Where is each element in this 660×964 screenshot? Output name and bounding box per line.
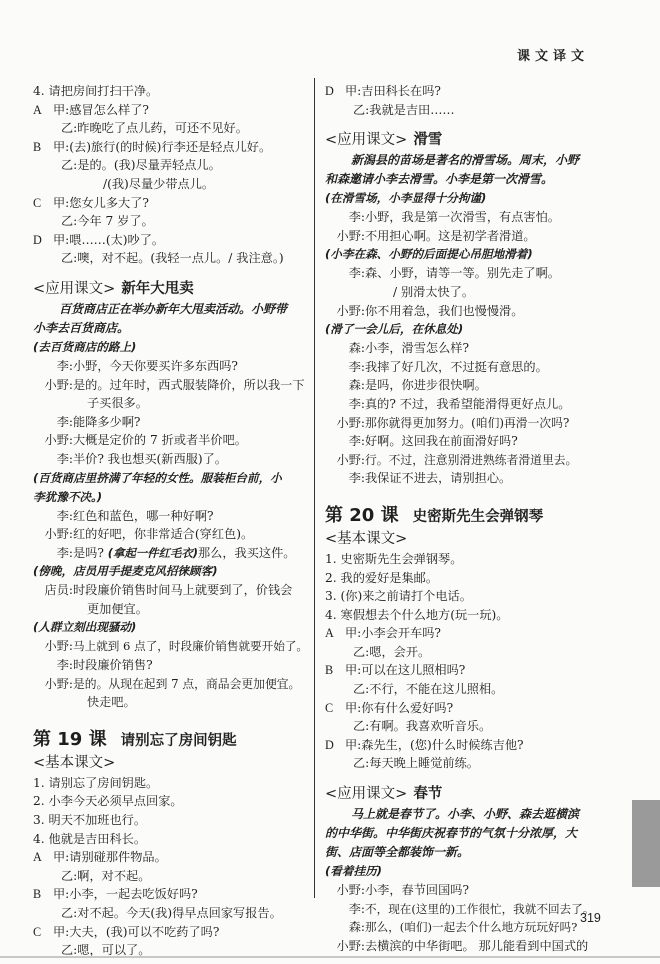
dialogue-line: 那么，我买这件。 bbox=[198, 546, 296, 560]
sentence-item: 2. 小李今天必须早点回家。 bbox=[33, 792, 307, 811]
dialogue-line: 能降多少啊? bbox=[73, 413, 140, 432]
speaker-label: 小野: bbox=[325, 937, 365, 956]
dialogue-line: 行。不过，注意别滑进熟练者滑道里去。 bbox=[365, 451, 577, 470]
dialogue-line: 你不用着急，我们也慢慢滑。 bbox=[365, 302, 523, 321]
dialogue-line: 甲:喂……(太)吵了。 bbox=[53, 233, 164, 247]
dialogue-line: 乙:每天晚上睡觉前练。 bbox=[325, 754, 615, 773]
speaker-label: 小野: bbox=[33, 376, 73, 395]
exercise-letter: C bbox=[325, 699, 345, 718]
dialogue-line: 甲:请别碰那件物品。 bbox=[53, 850, 167, 864]
dialogue-line: 是吗，你进步很快啊。 bbox=[365, 376, 487, 395]
dialogue-line: 甲:(去)旅行(的时候)行李还是轻点儿好。 bbox=[53, 140, 271, 154]
speaker-label: 李: bbox=[325, 432, 365, 451]
sentence-item: 3. (你)来之前请打个电话。 bbox=[325, 587, 615, 606]
dialogue-line: 那你就得更加努力。(咱们)再滑一次吗? bbox=[365, 414, 569, 433]
dialogue-line: 不用担心啊。这是初学者滑道。 bbox=[365, 227, 536, 246]
dialogue-line: 乙:是的。(我)尽量弄轻点儿。 bbox=[33, 156, 307, 175]
dialogue-line: 时段廉价销售? bbox=[73, 656, 153, 675]
lesson-heading: 第 20 课史密斯先生会弹钢琴 bbox=[325, 504, 615, 529]
speaker-label: 森: bbox=[325, 339, 365, 358]
dialogue-line: 是的。过年时，西式服装降价，所以我一下 bbox=[73, 376, 305, 395]
basic-text-heading: <基本课文> bbox=[33, 753, 307, 774]
dialogue-line: 乙:嗯，会开。 bbox=[325, 643, 615, 662]
speaker-label: 李: bbox=[325, 900, 365, 919]
page-edge bbox=[0, 956, 660, 958]
basic-text-heading: <基本课文> bbox=[325, 529, 615, 550]
dialogue-continuation: 更加便宜。 bbox=[33, 600, 307, 619]
page-number: 319 bbox=[580, 911, 601, 925]
dialogue-line: 小李，滑雪怎么样? bbox=[365, 339, 469, 358]
stage-direction: (百货商店里挤满了年轻的女性。服装柜台前，小 李犹豫不决。) bbox=[33, 469, 307, 507]
exercise-letter: B bbox=[325, 661, 345, 680]
dialogue-line: 红色和蓝色，哪一种好啊? bbox=[73, 507, 214, 526]
speaker-label: 李: bbox=[33, 450, 73, 469]
speaker-label: 小野: bbox=[325, 227, 365, 246]
dialogue-line: 半价? 我也想买(新西服)了。 bbox=[73, 450, 227, 469]
stage-direction: (去百货商店的路上) bbox=[33, 338, 307, 357]
lesson-title: 史密斯先生会弹钢琴 bbox=[413, 509, 544, 525]
speaker-label: 小野: bbox=[325, 881, 365, 900]
dialogue-line: 时段廉价销售时间马上就要到了，价钱会 bbox=[73, 581, 292, 600]
dialogue-line: 是的。从现在起到 7 点，商品会更加便宜。 bbox=[73, 675, 300, 694]
left-column: 4. 请把房间打扫干净。 A甲:感冒怎么样了? 乙:昨晚吃了点儿药，可还不见好。… bbox=[33, 82, 307, 960]
dialogue-line: 小野，我是第一次滑雪，有点害怕。 bbox=[365, 208, 560, 227]
dialogue-line: 好啊。这回我在前面滑好吗? bbox=[365, 432, 518, 451]
sentence-item: 4. 他就是吉田科长。 bbox=[33, 830, 307, 849]
exercise-letter: D bbox=[33, 231, 53, 250]
dialogue-line: 不，现在(这里的)工作很忙，我就不回去了。 bbox=[365, 900, 594, 919]
dialogue-line: 甲:森先生，(您)什么时候练吉他? bbox=[345, 738, 524, 752]
dialogue-line: 乙:啊，对不起。 bbox=[33, 867, 307, 886]
dialogue-line: 我保证不进去，请别担心。 bbox=[365, 469, 511, 488]
section-intro: 新潟县的苗场是著名的滑雪场。周末，小野 和森邀请小李去滑雪。小李是第一次滑雪。 bbox=[325, 151, 615, 189]
sentence-item: 4. 请把房间打扫干净。 bbox=[33, 82, 307, 101]
section-heading: <应用课文>春节 bbox=[325, 783, 615, 805]
speaker-label: 李: bbox=[33, 656, 73, 675]
speaker-label: 李: bbox=[325, 358, 365, 377]
dialogue-continuation: 快走吧。 bbox=[33, 693, 307, 712]
lesson-title: 请别忘了房间钥匙 bbox=[121, 733, 237, 749]
speaker-label: 店员: bbox=[33, 581, 73, 600]
exercise-letter: B bbox=[33, 138, 53, 157]
speaker-label: 小野: bbox=[33, 431, 73, 450]
dialogue-line: 甲:您女儿多大了? bbox=[53, 196, 149, 210]
dialogue-line: 乙:有啊。我喜欢听音乐。 bbox=[325, 717, 615, 736]
exercise-letter: B bbox=[33, 885, 53, 904]
speaker-label: 李: bbox=[325, 469, 365, 488]
dialogue-line: 乙:噢，对不起。(我轻一点儿。/ 我注意。) bbox=[33, 249, 307, 268]
dialogue-line: 乙:今年 7 岁了。 bbox=[33, 212, 307, 231]
speaker-label: 小野: bbox=[33, 525, 73, 544]
stage-direction: (在滑雪场，小李显得十分拘谨) bbox=[325, 189, 615, 208]
speaker-label: 李: bbox=[33, 413, 73, 432]
stage-direction: (小李在森、小野的后面提心吊胆地滑着) bbox=[325, 245, 615, 264]
dialogue-line: 甲:小李，一起去吃饭好吗? bbox=[53, 887, 198, 901]
sentence-item: 1. 史密斯先生会弹钢琴。 bbox=[325, 550, 615, 569]
speaker-label: 小野: bbox=[325, 414, 365, 433]
dialogue-line: 甲:你有什么爱好吗? bbox=[345, 701, 453, 715]
dialogue-line: 甲:可以在这儿照相吗? bbox=[345, 663, 465, 677]
dialogue-line: 是吗? bbox=[73, 546, 108, 560]
exercise-letter: A bbox=[325, 624, 345, 643]
dialogue-line: 小野，今天你要买许多东西吗? bbox=[73, 357, 238, 376]
speaker-label: 李: bbox=[325, 208, 365, 227]
exercise-letter: A bbox=[33, 848, 53, 867]
dialogue-line: 去横滨的中华街吧。 那儿能看到中国式的 bbox=[365, 937, 588, 956]
speaker-label: 小野: bbox=[33, 675, 73, 694]
speaker-label: 森: bbox=[325, 376, 365, 395]
dialogue-line: 真的? 不过，我希望能滑得更好点儿。 bbox=[365, 395, 570, 414]
stage-direction: (傍晚，店员用手提麦克风招徕顾客) bbox=[33, 562, 307, 581]
stage-direction: (滑了一会儿后，在休息处) bbox=[325, 320, 615, 339]
dialogue-line: 甲:吉田科长在吗? bbox=[345, 84, 441, 98]
dialogue-line: 那么，(咱们)一起去个什么地方玩玩好吗? bbox=[365, 918, 577, 937]
dialogue-line: 马上就到 6 点了，时段廉价销售就要开始了。 bbox=[73, 637, 308, 656]
dialogue-line: 甲:大夫，(我)可以不吃药了吗? bbox=[53, 925, 219, 939]
exercise-letter: A bbox=[33, 101, 53, 120]
column-divider bbox=[314, 78, 315, 898]
stage-direction: (看着挂历) bbox=[325, 862, 615, 881]
sentence-item: 3. 明天不加班也行。 bbox=[33, 811, 307, 830]
exercise-letter: C bbox=[33, 194, 53, 213]
lesson-heading: 第 19 课请别忘了房间钥匙 bbox=[33, 728, 307, 753]
dialogue-line: 乙:对不起。今天(我)得早点回家写报告。 bbox=[33, 904, 307, 923]
section-heading: <应用课文>新年大甩卖 bbox=[33, 278, 307, 300]
exercise-letter: D bbox=[325, 82, 345, 101]
dialogue-continuation: 子买很多。 bbox=[33, 394, 307, 413]
lesson-number: 第 20 课 bbox=[325, 505, 399, 526]
sentence-item: 1. 请别忘了房间钥匙。 bbox=[33, 774, 307, 793]
section-intro: 马上就是春节了。小李、小野、森去逛横滨 的中华街。中华街庆祝春节的气氛十分浓厚，… bbox=[325, 805, 615, 862]
sentence-item: 2. 我的爱好是集邮。 bbox=[325, 569, 615, 588]
dialogue-line: 红的好吧，你非常适合(穿红色)。 bbox=[73, 525, 253, 544]
section-heading: <应用课文>滑雪 bbox=[325, 129, 615, 151]
dialogue-line: 甲:感冒怎么样了? bbox=[53, 103, 149, 117]
dialogue-line: /(我)尽量少带点儿。 bbox=[33, 175, 307, 194]
speaker-label: 李: bbox=[33, 544, 73, 563]
dialogue-line: 小李，春节回国吗? bbox=[365, 881, 469, 900]
speaker-label: 小野: bbox=[325, 451, 365, 470]
lesson-number: 第 19 课 bbox=[33, 729, 107, 750]
dialogue-line: 乙:昨晚吃了点儿药，可还不见好。 bbox=[33, 119, 307, 138]
running-header: 课文译文 bbox=[517, 45, 589, 64]
dialogue-line: 乙:不行，不能在这儿照相。 bbox=[325, 680, 615, 699]
speaker-label: 李: bbox=[33, 357, 73, 376]
dialogue-line: 乙:我就是吉田…… bbox=[325, 101, 615, 120]
stage-direction: (人群立刻出现骚动) bbox=[33, 618, 307, 637]
exercise-letter: D bbox=[325, 736, 345, 755]
page-thumb-tab bbox=[632, 800, 660, 887]
right-column: D甲:吉田科长在吗? 乙:我就是吉田…… <应用课文>滑雪 新潟县的苗场是著名的… bbox=[325, 82, 615, 955]
speaker-label: 小野: bbox=[325, 302, 365, 321]
speaker-label: 李: bbox=[33, 507, 73, 526]
dialogue-line: 森、小野，请等一等。别先走了啊。 bbox=[365, 264, 560, 283]
dialogue-line: 我摔了好几次，不过挺有意思的。 bbox=[365, 358, 548, 377]
exercise-letter: C bbox=[33, 923, 53, 942]
speaker-label: 森: bbox=[325, 918, 365, 937]
section-intro: 百货商店正在举办新年大甩卖活动。小野带 小李去百货商店。 bbox=[33, 300, 307, 338]
dialogue-continuation: / 别滑太快了。 bbox=[325, 283, 615, 302]
speaker-label: 李: bbox=[325, 264, 365, 283]
sentence-item: 4. 寒假想去个什么地方(玩一玩)。 bbox=[325, 606, 615, 625]
speaker-label: 李: bbox=[325, 395, 365, 414]
inline-stage-direction: (拿起一件红毛衣) bbox=[108, 546, 198, 560]
dialogue-line: 大概是定价的 7 折或者半价吧。 bbox=[73, 431, 247, 450]
speaker-label: 小野: bbox=[33, 637, 73, 656]
dialogue-line: 甲:小李会开车吗? bbox=[345, 626, 441, 640]
